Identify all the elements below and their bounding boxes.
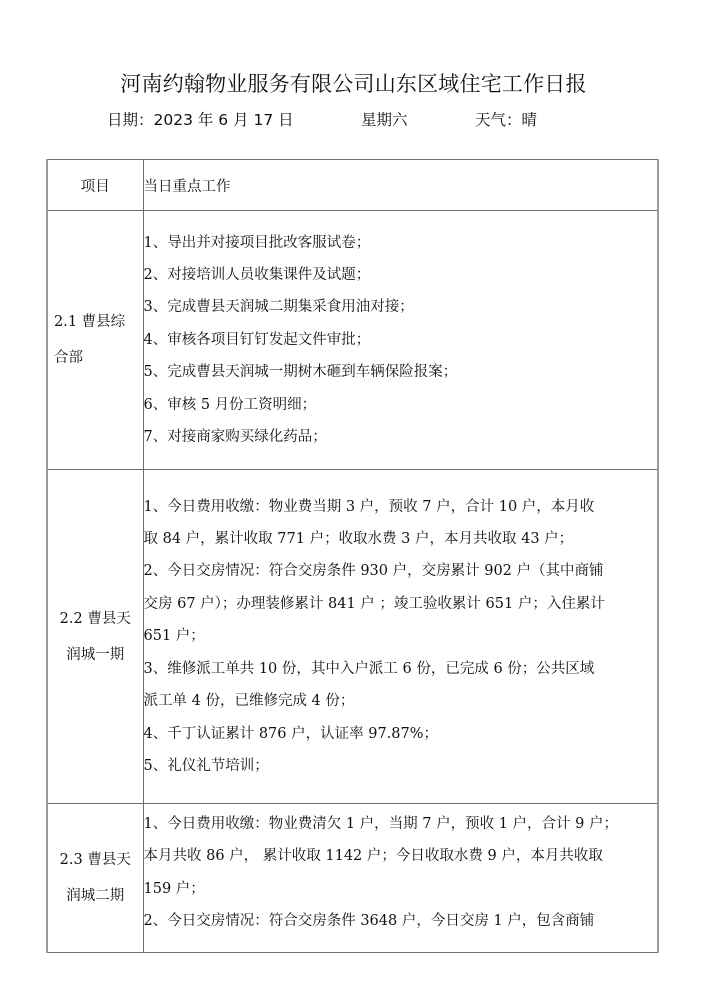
- work-cell: 1、今日费用收缴：物业费当期 3 户，预收 7 户，合计 10 户，本月收 取 …: [143, 470, 658, 804]
- table-row: 2.3 曹县天 润城二期 1、今日费用收缴：物业费清欠 1 户，当期 7 户，预…: [47, 804, 658, 953]
- work-line: 2、今日交房情况：符合交房条件 930 户，交房累计 902 户（其中商铺: [144, 555, 658, 587]
- item-label-line: 润城二期: [48, 878, 143, 914]
- item-label-line: 2.1 曹县综: [48, 304, 143, 340]
- work-line: 651 户；: [144, 620, 658, 652]
- item-label: 2.1 曹县综 合部: [47, 211, 143, 470]
- document-title: 河南约翰物业服务有限公司山东区域住宅工作日报: [0, 68, 707, 98]
- work-cell: 1、导出并对接项目批改客服试卷； 2、对接培训人员收集课件及试题； 3、完成曹县…: [143, 211, 658, 470]
- work-line: 取 84 户，累计收取 771 户；收取水费 3 户，本月共收取 43 户；: [144, 523, 658, 555]
- work-line: 4、审核各项目钉钉发起文件审批；: [144, 324, 658, 356]
- work-line: 本月共收 86 户， 累计收取 1142 户；今日收取水费 9 户，本月共收取: [144, 840, 658, 872]
- work-line: 5、礼仪礼节培训；: [144, 750, 658, 782]
- work-line: 4、千丁认证累计 876 户，认证率 97.87%；: [144, 718, 658, 750]
- table-header-row: 项目 当日重点工作: [47, 160, 658, 211]
- work-line: 3、完成曹县天润城二期集采食用油对接；: [144, 291, 658, 323]
- item-label: 2.2 曹县天 润城一期: [47, 470, 143, 804]
- work-cell: 1、今日费用收缴：物业费清欠 1 户，当期 7 户，预收 1 户，合计 9 户；…: [143, 804, 658, 953]
- daily-report-table: 项目 当日重点工作 2.1 曹县综 合部 1、导出并对接项目批改客服试卷； 2、…: [46, 159, 659, 953]
- item-label-line: 合部: [48, 340, 143, 376]
- work-line: 3、维修派工单共 10 份，其中入户派工 6 份，已完成 6 份；公共区域: [144, 653, 658, 685]
- work-line: 5、完成曹县天润城一期树木砸到车辆保险报案；: [144, 356, 658, 388]
- item-label: 2.3 曹县天 润城二期: [47, 804, 143, 953]
- work-line: 1、导出并对接项目批改客服试卷；: [144, 227, 658, 259]
- item-label-line: 2.3 曹县天: [48, 842, 143, 878]
- work-line: 交房 67 户）；办理装修累计 841 户 ；竣工验收累计 651 户；入住累计: [144, 588, 658, 620]
- item-label-line: 润城一期: [48, 637, 143, 673]
- header-work: 当日重点工作: [143, 160, 658, 211]
- work-line: 6、审核 5 月份工资明细；: [144, 389, 658, 421]
- item-label-line: 2.2 曹县天: [48, 601, 143, 637]
- work-line: 派工单 4 份，已维修完成 4 份；: [144, 685, 658, 717]
- weather: 天气：晴: [475, 108, 537, 130]
- work-line: 1、今日费用收缴：物业费清欠 1 户，当期 7 户，预收 1 户，合计 9 户；: [144, 808, 658, 840]
- report-date: 日期：2023 年 6 月 17 日: [107, 108, 294, 130]
- table-row: 2.2 曹县天 润城一期 1、今日费用收缴：物业费当期 3 户，预收 7 户，合…: [47, 470, 658, 804]
- work-line: 1、今日费用收缴：物业费当期 3 户，预收 7 户，合计 10 户，本月收: [144, 491, 658, 523]
- work-line: 159 户；: [144, 873, 658, 905]
- weekday: 星期六: [361, 108, 408, 130]
- table-row: 2.1 曹县综 合部 1、导出并对接项目批改客服试卷； 2、对接培训人员收集课件…: [47, 211, 658, 470]
- work-line: 2、对接培训人员收集课件及试题；: [144, 259, 658, 291]
- header-item: 项目: [47, 160, 143, 211]
- work-line: 7、对接商家购买绿化药品；: [144, 421, 658, 453]
- work-line: 2、今日交房情况：符合交房条件 3648 户，今日交房 1 户，包含商铺: [144, 905, 658, 937]
